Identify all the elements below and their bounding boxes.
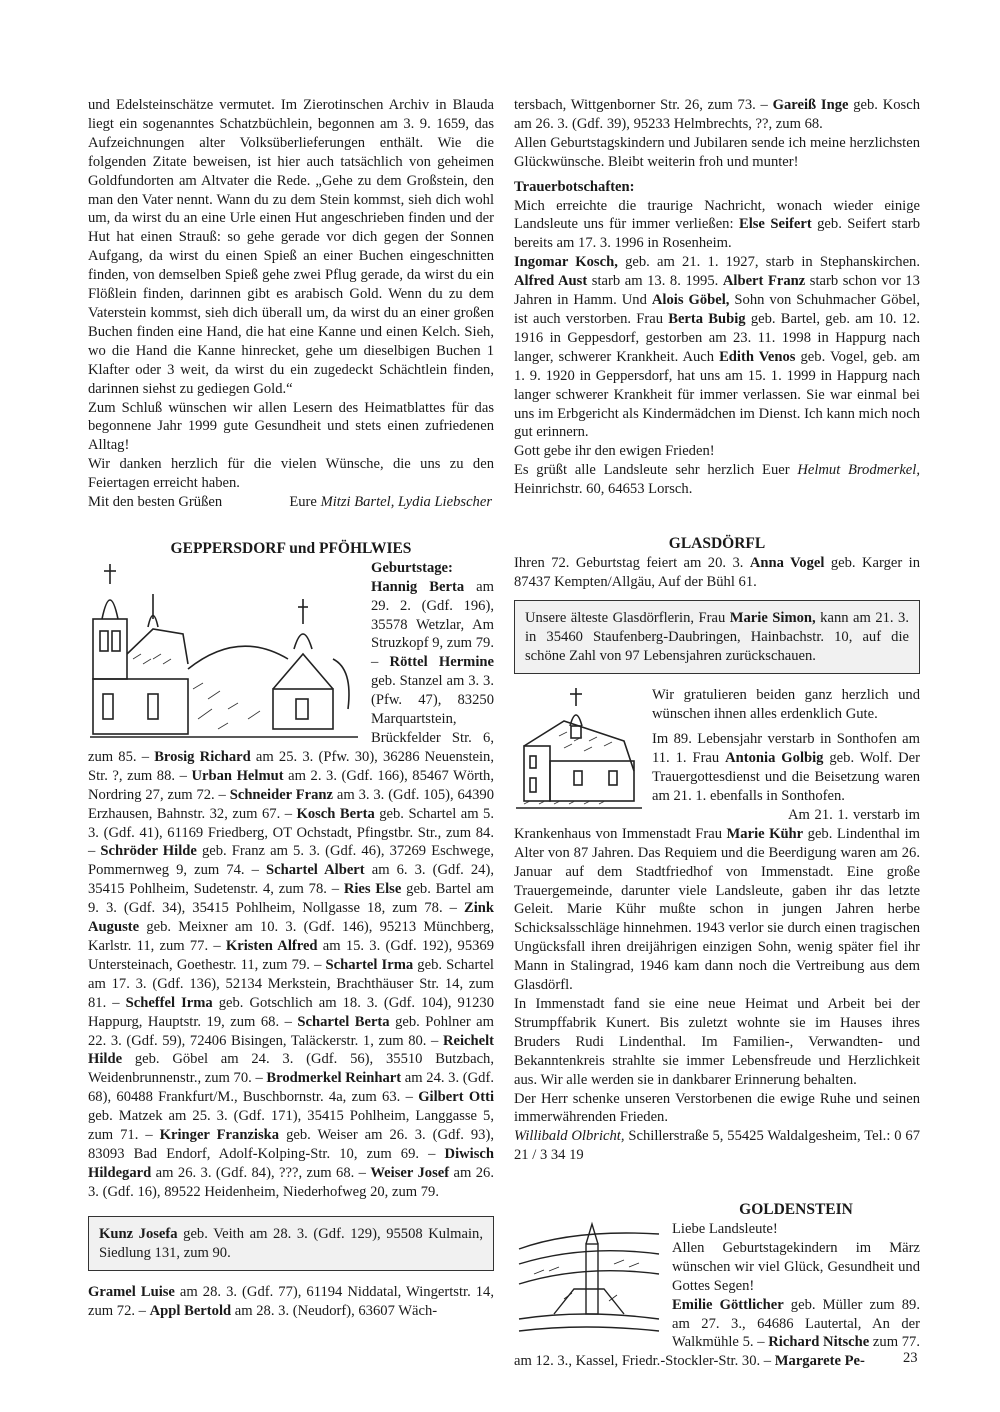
geppersdorf-section: Geburtstage: Hannig Berta am 29. 2. (Gdf… xyxy=(88,559,494,1321)
page-number: 23 xyxy=(903,1350,918,1367)
thanks-paragraph: Wir danken herzlich für die vielen Wünsc… xyxy=(88,455,494,493)
glasdoerfl-death-kuehr: Am 21. 1. verstarb im Krankenhaus von Im… xyxy=(514,806,920,995)
birthday-wishes: Allen Geburtstagskindern und Jubilaren s… xyxy=(514,134,920,172)
birthday-continuation: tersbach, Wittgenborner Str. 26, zum 73.… xyxy=(514,96,920,134)
intro-paragraph: und Edelsteinschätze vermutet. Im Zierot… xyxy=(88,96,494,399)
closing-signature: Mitzi Bartel, Lydia Liebscher xyxy=(321,494,492,510)
section-title-geppersdorf: GEPPERSDORF und PFÖHLWIES xyxy=(88,540,494,559)
mourning-p1: Mich erreichte die traurige Nachricht, w… xyxy=(514,197,920,254)
chapel-illustration xyxy=(514,686,644,814)
glasdoerfl-birthday: Ihren 72. Geburtstag feiert am 20. 3. An… xyxy=(514,554,920,592)
section-title-glasdoerfl: GLASDÖRFL xyxy=(514,535,920,554)
left-column: und Edelsteinschätze vermutet. Im Zierot… xyxy=(88,96,494,1321)
goldenstein-section: GOLDENSTEIN Liebe Landsleute! Allen Gebu… xyxy=(514,1201,920,1371)
glasdoerfl-blessing: Der Herr schenke unseren Verstorbenen di… xyxy=(514,1090,920,1128)
mourning-p2: Ingomar Kosch, geb. am 21. 1. 1927, star… xyxy=(514,253,920,442)
new-year-wishes: Zum Schluß wünschen wir allen Lesern des… xyxy=(88,399,494,456)
geppersdorf-birthdays-cont: Gramel Luise am 28. 3. (Gdf. 77), 61194 … xyxy=(88,1283,494,1321)
glasdoerfl-immenstadt: In Immenstadt fand sie eine neue Heimat … xyxy=(514,995,920,1090)
closing-prefix: Eure xyxy=(289,494,317,510)
closing-text: Mit den besten Grüßen xyxy=(88,493,222,512)
village-church-tower-illustration xyxy=(514,1219,664,1339)
right-column: tersbach, Wittgenborner Str. 26, zum 73.… xyxy=(514,96,920,1371)
mourning-greeting: Es grüßt alle Landsleute sehr herzlich E… xyxy=(514,461,920,499)
section-title-goldenstein: GOLDENSTEIN xyxy=(514,1201,920,1220)
mourning-blessing: Gott gebe ihr den ewigen Frieden! xyxy=(514,442,920,461)
mourning-title: Trauerbotschaften: xyxy=(514,178,920,197)
closing-line: Mit den besten Grüßen Eure Mitzi Bartel,… xyxy=(88,493,494,512)
highlight-box-marie-simon: Unsere älteste Glasdörflerin, Frau Marie… xyxy=(514,600,920,675)
church-and-chapel-illustration xyxy=(88,559,363,744)
highlight-box-kunz: Kunz Josefa geb. Veith am 28. 3. (Gdf. 1… xyxy=(88,1216,494,1272)
glasdoerfl-signature: Willibald Olbricht, Schillerstraße 5, 55… xyxy=(514,1127,920,1165)
